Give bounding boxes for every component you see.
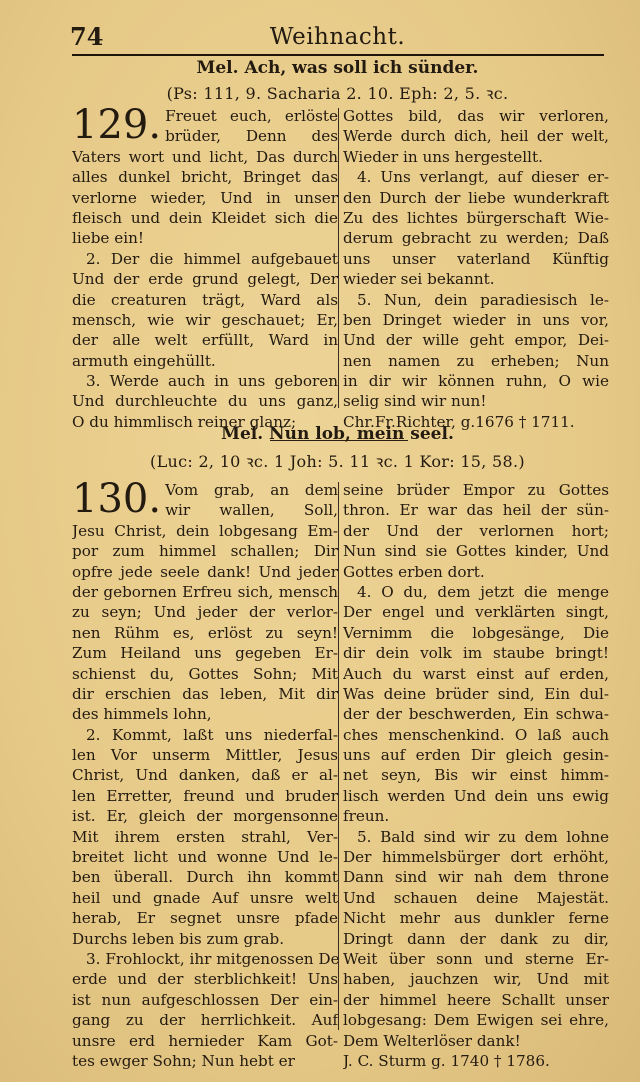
verse-line: opfre jede seele dank! Und jeder (72, 562, 338, 582)
verse-line: der himmel heere Schallt unser (343, 990, 609, 1010)
verse-line: erde und der sterblichkeit! Uns (72, 969, 338, 989)
verse-line: der Und der verlornen hort; (343, 521, 609, 541)
author-attribution: J. C. Sturm g. 1740 † 1786. (343, 1051, 609, 1071)
verse-line: 3. Werde auch in uns geboren (72, 371, 338, 391)
verse-line: Wieder in uns hergestellt. (343, 147, 609, 167)
verse-line: Auch du warst einst auf erden, (343, 664, 609, 684)
verse-line: unsre erd hernieder Kam Got- (72, 1031, 338, 1051)
hymnal-page: 74 Weihnacht. Mel. Ach, was soll ich sün… (0, 0, 640, 1082)
verse-line: zu seyn; Und jeder der verlor- (72, 602, 338, 622)
verse-line: Was deine brüder sind, Ein dul- (343, 684, 609, 704)
verse-line: thron. Er war das heil der sün- (343, 500, 609, 520)
verse-line: Gottes bild, das wir verloren, (343, 106, 609, 126)
verse-line: 2. Kommt, laßt uns niederfal- (72, 725, 338, 745)
verse-line: haben, jauchzen wir, Und mit (343, 969, 609, 989)
verse-line: mensch, wie wir geschauet; Er, (72, 310, 338, 330)
verse-line: brüder, Denn des (165, 126, 338, 146)
verse-line: Jesu Christ, dein lobgesang Em- (72, 521, 338, 541)
verse-line: 4. Uns verlangt, auf dieser er- (343, 167, 609, 187)
hymn-number: 130. (72, 480, 161, 518)
verse-line: uns auf erden Dir gleich gesin- (343, 745, 609, 765)
verse-line: Und schauen deine Majestät. (343, 888, 609, 908)
verse-line: nen Rühm es, erlöst zu seyn! (72, 623, 338, 643)
verse-line: Mit ihrem ersten strahl, Ver- (72, 827, 338, 847)
verse-line: Dringt dann der dank zu dir, (343, 929, 609, 949)
verse-line: wir wallen, Soll, (165, 500, 338, 520)
verse-line: selig sind wir nun! (343, 391, 609, 411)
verse-line: Vaters wort und licht, Das durch (72, 147, 338, 167)
verse-line: Zum Heiland uns gegeben Er- (72, 643, 338, 663)
hymn-129-melody: Mel. Ach, was soll ich sünder. (70, 58, 605, 78)
verse-line: Weit über sonn und sterne Er- (343, 949, 609, 969)
verse-line: len Erretter, freund und bruder (72, 786, 338, 806)
verse-line: lisch werden Und dein uns ewig (343, 786, 609, 806)
verse-line: Und durchleuchte du uns ganz, (72, 391, 338, 411)
verse-line: ist. Er, gleich der morgensonne (72, 806, 338, 826)
verse-line: ches menschenkind. O laß auch (343, 725, 609, 745)
verse-line: 3. Frohlockt, ihr mitgenossen Der (72, 949, 338, 969)
verse-line: die creaturen trägt, Ward als (72, 290, 338, 310)
verse-line: fleisch und dein Kleidet sich die (72, 208, 338, 228)
verse-line: Dem Welterlöser dank! (343, 1031, 609, 1051)
verse-line: 5. Nun, dein paradiesisch le- (343, 290, 609, 310)
verse-line: alles dunkel bricht, Bringet das (72, 167, 338, 187)
verse-line: dir dein volk im staube bringt! (343, 643, 609, 663)
hymn-130-references: (Luc: 2, 10 ꝛc. 1 Joh: 5. 11 ꝛc. 1 Kor: … (70, 450, 605, 472)
verse-line: por zum himmel schallen; Dir (72, 541, 338, 561)
verse-line: Christ, Und danken, daß er al- (72, 765, 338, 785)
verse-line: len Vor unserm Mittler, Jesus (72, 745, 338, 765)
verse-line: der gebornen Erfreu sich, mensch (72, 582, 338, 602)
verse-line: verlorne wieder, Und in unser (72, 188, 338, 208)
verse-line: den Durch der liebe wunderkraft (343, 188, 609, 208)
verse-line: Der engel und verklärten singt, (343, 602, 609, 622)
verse-line: tes ewger Sohn; Nun hebt er (72, 1051, 338, 1071)
verse-line: ist nun aufgeschlossen Der ein- (72, 990, 338, 1010)
hymn-129-references: (Ps: 111, 9. Sacharia 2. 10. Eph: 2, 5. … (70, 82, 605, 104)
verse-line: des himmels lohn, (72, 704, 338, 724)
verse-line: dir erschien das leben, Mit dir (72, 684, 338, 704)
header-rule (72, 54, 604, 56)
verse-line: Gottes erben dort. (343, 562, 609, 582)
verse-line: Vernimm die lobgesänge, Die (343, 623, 609, 643)
hymn-129-left-column: 129.Freuet euch, erlöstebrüder, Denn des… (72, 106, 338, 432)
verse-line: Durchs leben bis zum grab. (72, 929, 338, 949)
hymn-number: 129. (72, 106, 161, 144)
verse-line: der der beschwerden, Ein schwa- (343, 704, 609, 724)
column-divider (338, 108, 339, 408)
hymn-130-melody: Mel. Nun lob, mein seel. (70, 424, 605, 444)
verse-line: nen namen zu erheben; Nun (343, 351, 609, 371)
verse-line: uns unser vaterland Künftig (343, 249, 609, 269)
verse-line: der alle welt erfüllt, Ward in (72, 330, 338, 350)
hymn-130-left-column: 130.Vom grab, an demwir wallen, Soll,Jes… (72, 480, 338, 1071)
verse-line: 4. O du, dem jetzt die menge (343, 582, 609, 602)
verse-line: Vom grab, an dem (165, 480, 338, 500)
verse-line: herab, Er segnet unsre pfade (72, 908, 338, 928)
verse-line: in dir wir können ruhn, O wie (343, 371, 609, 391)
hymn-129-right-column: Gottes bild, das wir verloren,Werde durc… (343, 106, 609, 432)
verse-line: derum gebracht zu werden; Daß (343, 228, 609, 248)
verse-line: Nun sind sie Gottes kinder, Und (343, 541, 609, 561)
verse-line: ben Dringet wieder in uns vor, (343, 310, 609, 330)
verse-line: seine brüder Empor zu Gottes (343, 480, 609, 500)
column-divider (338, 482, 339, 1030)
page-header: 74 Weihnacht. (70, 22, 605, 52)
verse-line: Werde durch dich, heil der welt, (343, 126, 609, 146)
verse-line: 5. Bald sind wir zu dem lohne (343, 827, 609, 847)
running-head: Weihnacht. (70, 24, 605, 50)
verse-line: armuth eingehüllt. (72, 351, 338, 371)
verse-line: freun. (343, 806, 609, 826)
verse-line: Und der wille geht empor, Dei- (343, 330, 609, 350)
verse-line: Nicht mehr aus dunkler ferne (343, 908, 609, 928)
verse-line: Und der erde grund gelegt, Der (72, 269, 338, 289)
verse-line: Freuet euch, erlöste (165, 106, 338, 126)
verse-line: liebe ein! (72, 228, 338, 248)
verse-line: Zu des lichtes bürgerschaft Wie- (343, 208, 609, 228)
verse-line: wieder sei bekannt. (343, 269, 609, 289)
verse-line: schienst du, Gottes Sohn; Mit (72, 664, 338, 684)
verse-line: ben überall. Durch ihn kommt (72, 867, 338, 887)
hymn-130-right-column: seine brüder Empor zu Gottesthron. Er wa… (343, 480, 609, 1071)
verse-line: Dann sind wir nah dem throne (343, 867, 609, 887)
verse-line: breitet licht und wonne Und le- (72, 847, 338, 867)
verse-line: net seyn, Bis wir einst himm- (343, 765, 609, 785)
verse-line: Der himmelsbürger dort erhöht, (343, 847, 609, 867)
verse-line: 2. Der die himmel aufgebauet (72, 249, 338, 269)
verse-line: lobgesang: Dem Ewigen sei ehre, (343, 1010, 609, 1030)
verse-line: gang zu der herrlichkeit. Auf (72, 1010, 338, 1030)
verse-line: heil und gnade Auf unsre welt (72, 888, 338, 908)
